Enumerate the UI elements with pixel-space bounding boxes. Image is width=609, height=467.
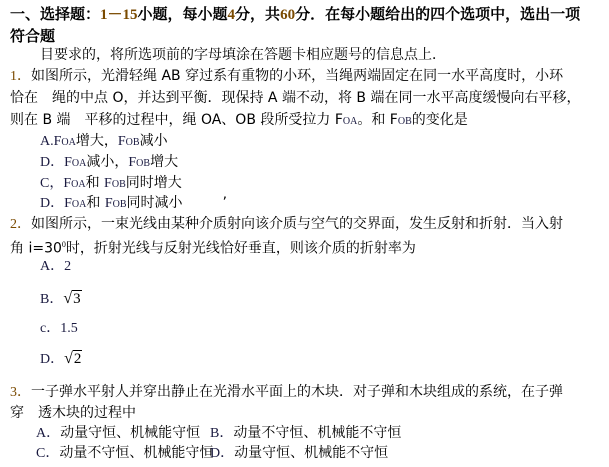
subscript: OA bbox=[71, 179, 85, 190]
force-symbol: F bbox=[105, 196, 113, 211]
question-2-stem-line2: 角 i=300时，折射光线与反射光线恰好垂直，则该介质的折射率为 bbox=[10, 235, 416, 255]
heading-prefix: 一、选择题： bbox=[10, 5, 100, 23]
question-range: 1－15 bbox=[100, 7, 138, 23]
stem-text: 角 i=30 bbox=[10, 241, 62, 257]
force-symbol: F bbox=[63, 176, 71, 191]
force-symbol: F bbox=[128, 155, 136, 170]
option-text: 动量守恒、机械能不守恒 bbox=[234, 445, 388, 461]
section-heading: 一、选择题：1－15小题，每小题4分，共60分．在每小题给出的四个选项中，选出一… bbox=[10, 4, 580, 24]
heading-text: 小题，每小题 bbox=[138, 5, 228, 23]
option-label: A． bbox=[36, 426, 60, 441]
option-text: 同时增大 bbox=[126, 175, 182, 191]
option-text: 和 bbox=[86, 195, 104, 211]
sqrt-expression: √3 bbox=[63, 289, 81, 309]
force-symbol: F bbox=[64, 155, 72, 170]
option-label: B． bbox=[210, 426, 233, 441]
radical-icon: √ bbox=[64, 350, 73, 367]
option-label: C． bbox=[36, 446, 59, 461]
subscript: OB bbox=[113, 199, 127, 210]
question-1-stem-line3: 则在 B 端 平移的过程中，绳 OA、OB 段所受拉力 FOA。和 FOB的变化… bbox=[10, 110, 468, 130]
stem-text: 如图所示，一束光线由某种介质射向该介质与空气的交界面，发生反射和折射．当入射 bbox=[31, 216, 563, 232]
option-text: 动量不守恒、机械能不守恒 bbox=[233, 425, 401, 441]
stem-text: 的变化是 bbox=[412, 112, 468, 128]
subscript: OB bbox=[136, 158, 150, 169]
radicand: 3 bbox=[72, 290, 82, 307]
q2-option-b[interactable]: B．√3 bbox=[40, 289, 82, 309]
option-text: 和 bbox=[86, 175, 104, 191]
question-number: 2． bbox=[10, 217, 31, 232]
option-text: 动量守恒、机械能守恒 bbox=[60, 425, 200, 441]
instruction: 目要求的，将所选项前的字母填涂在答题卡相应题号的信息点上． bbox=[40, 45, 446, 65]
q2-option-d[interactable]: D．√2 bbox=[40, 349, 82, 369]
subscript: OB bbox=[126, 137, 140, 148]
option-text: 动量不守恒、机械能守恒 bbox=[59, 445, 213, 461]
option-value: 2 bbox=[64, 259, 71, 274]
option-label: D． bbox=[40, 155, 64, 170]
stem-text: 。和 F bbox=[357, 112, 398, 128]
radical-icon: √ bbox=[63, 290, 72, 307]
subscript: OA bbox=[61, 137, 75, 148]
option-text: 减小， bbox=[86, 154, 128, 170]
heading-text: 分，共 bbox=[235, 5, 280, 23]
force-symbol: F bbox=[118, 134, 126, 149]
q1-option-b[interactable]: D．FOA减小，FOB增大 bbox=[40, 152, 178, 172]
points-each: 4 bbox=[228, 7, 236, 23]
option-label: A. bbox=[40, 134, 54, 149]
option-text: 同时减小 bbox=[127, 195, 183, 211]
subscript: OA bbox=[343, 116, 357, 127]
points-total: 60 bbox=[280, 7, 295, 23]
stray-mark: ’ bbox=[223, 195, 227, 211]
force-symbol: F bbox=[64, 196, 72, 211]
q3-option-row-1: A．动量守恒、机械能守恒 bbox=[36, 423, 200, 443]
q3-option-b[interactable]: B．动量不守恒、机械能不守恒 bbox=[210, 423, 401, 443]
option-text: 减小 bbox=[140, 133, 168, 149]
heading-text: 分．在每小题给出的四个选项中，选出一项 bbox=[295, 5, 580, 23]
subscript: OA bbox=[72, 199, 86, 210]
question-1-stem-line2: 恰在 绳的中点 O，并达到平衡．现保持 A 端不动，将 B 端在同一水平高度缓慢… bbox=[10, 88, 580, 108]
question-number: 1． bbox=[10, 69, 31, 84]
subscript: OB bbox=[398, 116, 412, 127]
option-label: D． bbox=[210, 446, 234, 461]
q1-option-c[interactable]: C，FOA和 FOB同时增大 bbox=[40, 173, 182, 193]
q1-option-d[interactable]: D．FOA和 FOB同时减小’ bbox=[40, 193, 227, 213]
option-label: C， bbox=[40, 176, 63, 191]
question-3-stem-line1: 3．一子弹水平射人并穿出静止在光滑水平面上的木块．对子弹和木块组成的系统，在子弹 bbox=[10, 382, 563, 402]
subscript: OB bbox=[112, 179, 126, 190]
question-1-stem-line1: 1．如图所示，光滑轻绳 AB 穿过系有重物的小环，当绳两端固定在同一水平高度时，… bbox=[10, 66, 563, 86]
option-label: D． bbox=[40, 352, 64, 367]
option-text: 增大， bbox=[76, 133, 118, 149]
question-3-stem-line2: 穿 透木块的过程中 bbox=[10, 403, 136, 423]
q1-option-a[interactable]: A.FOA增大，FOB减小 bbox=[40, 131, 168, 151]
force-symbol: F bbox=[104, 176, 112, 191]
stem-text: 时，折射光线与反射光线恰好垂直，则该介质的折射率为 bbox=[66, 241, 416, 257]
stem-text: 如图所示，光滑轻绳 AB 穿过系有重物的小环，当绳两端固定在同一水平高度时，小环 bbox=[31, 68, 563, 84]
stem-text: 则在 B 端 平移的过程中，绳 OA、OB 段所受拉力 F bbox=[10, 112, 343, 128]
option-label: D． bbox=[40, 196, 64, 211]
question-2-stem-line1: 2．如图所示，一束光线由某种介质射向该介质与空气的交界面，发生反射和折射．当入射 bbox=[10, 214, 563, 234]
question-number: 3． bbox=[10, 385, 31, 400]
q3-option-c[interactable]: C．动量不守恒、机械能守恒 bbox=[36, 443, 213, 463]
option-label: B． bbox=[40, 292, 63, 307]
option-text: 增大 bbox=[150, 154, 178, 170]
sqrt-expression: √2 bbox=[64, 349, 82, 369]
stem-text: 一子弹水平射人并穿出静止在光滑水平面上的木块．对子弹和木块组成的系统，在子弹 bbox=[31, 384, 563, 400]
option-label: c． bbox=[40, 321, 60, 336]
option-value: 1.5 bbox=[60, 321, 78, 336]
radicand: 2 bbox=[73, 350, 83, 367]
q2-option-a[interactable]: A．2 bbox=[40, 256, 71, 276]
q3-option-d[interactable]: D．动量守恒、机械能不守恒 bbox=[210, 443, 388, 463]
option-label: A． bbox=[40, 259, 64, 274]
q3-option-a[interactable]: A．动量守恒、机械能守恒 bbox=[36, 425, 200, 441]
q2-option-c[interactable]: c．1.5 bbox=[40, 318, 78, 338]
section-heading-line2: 符合题 bbox=[10, 26, 55, 46]
subscript: OA bbox=[72, 158, 86, 169]
